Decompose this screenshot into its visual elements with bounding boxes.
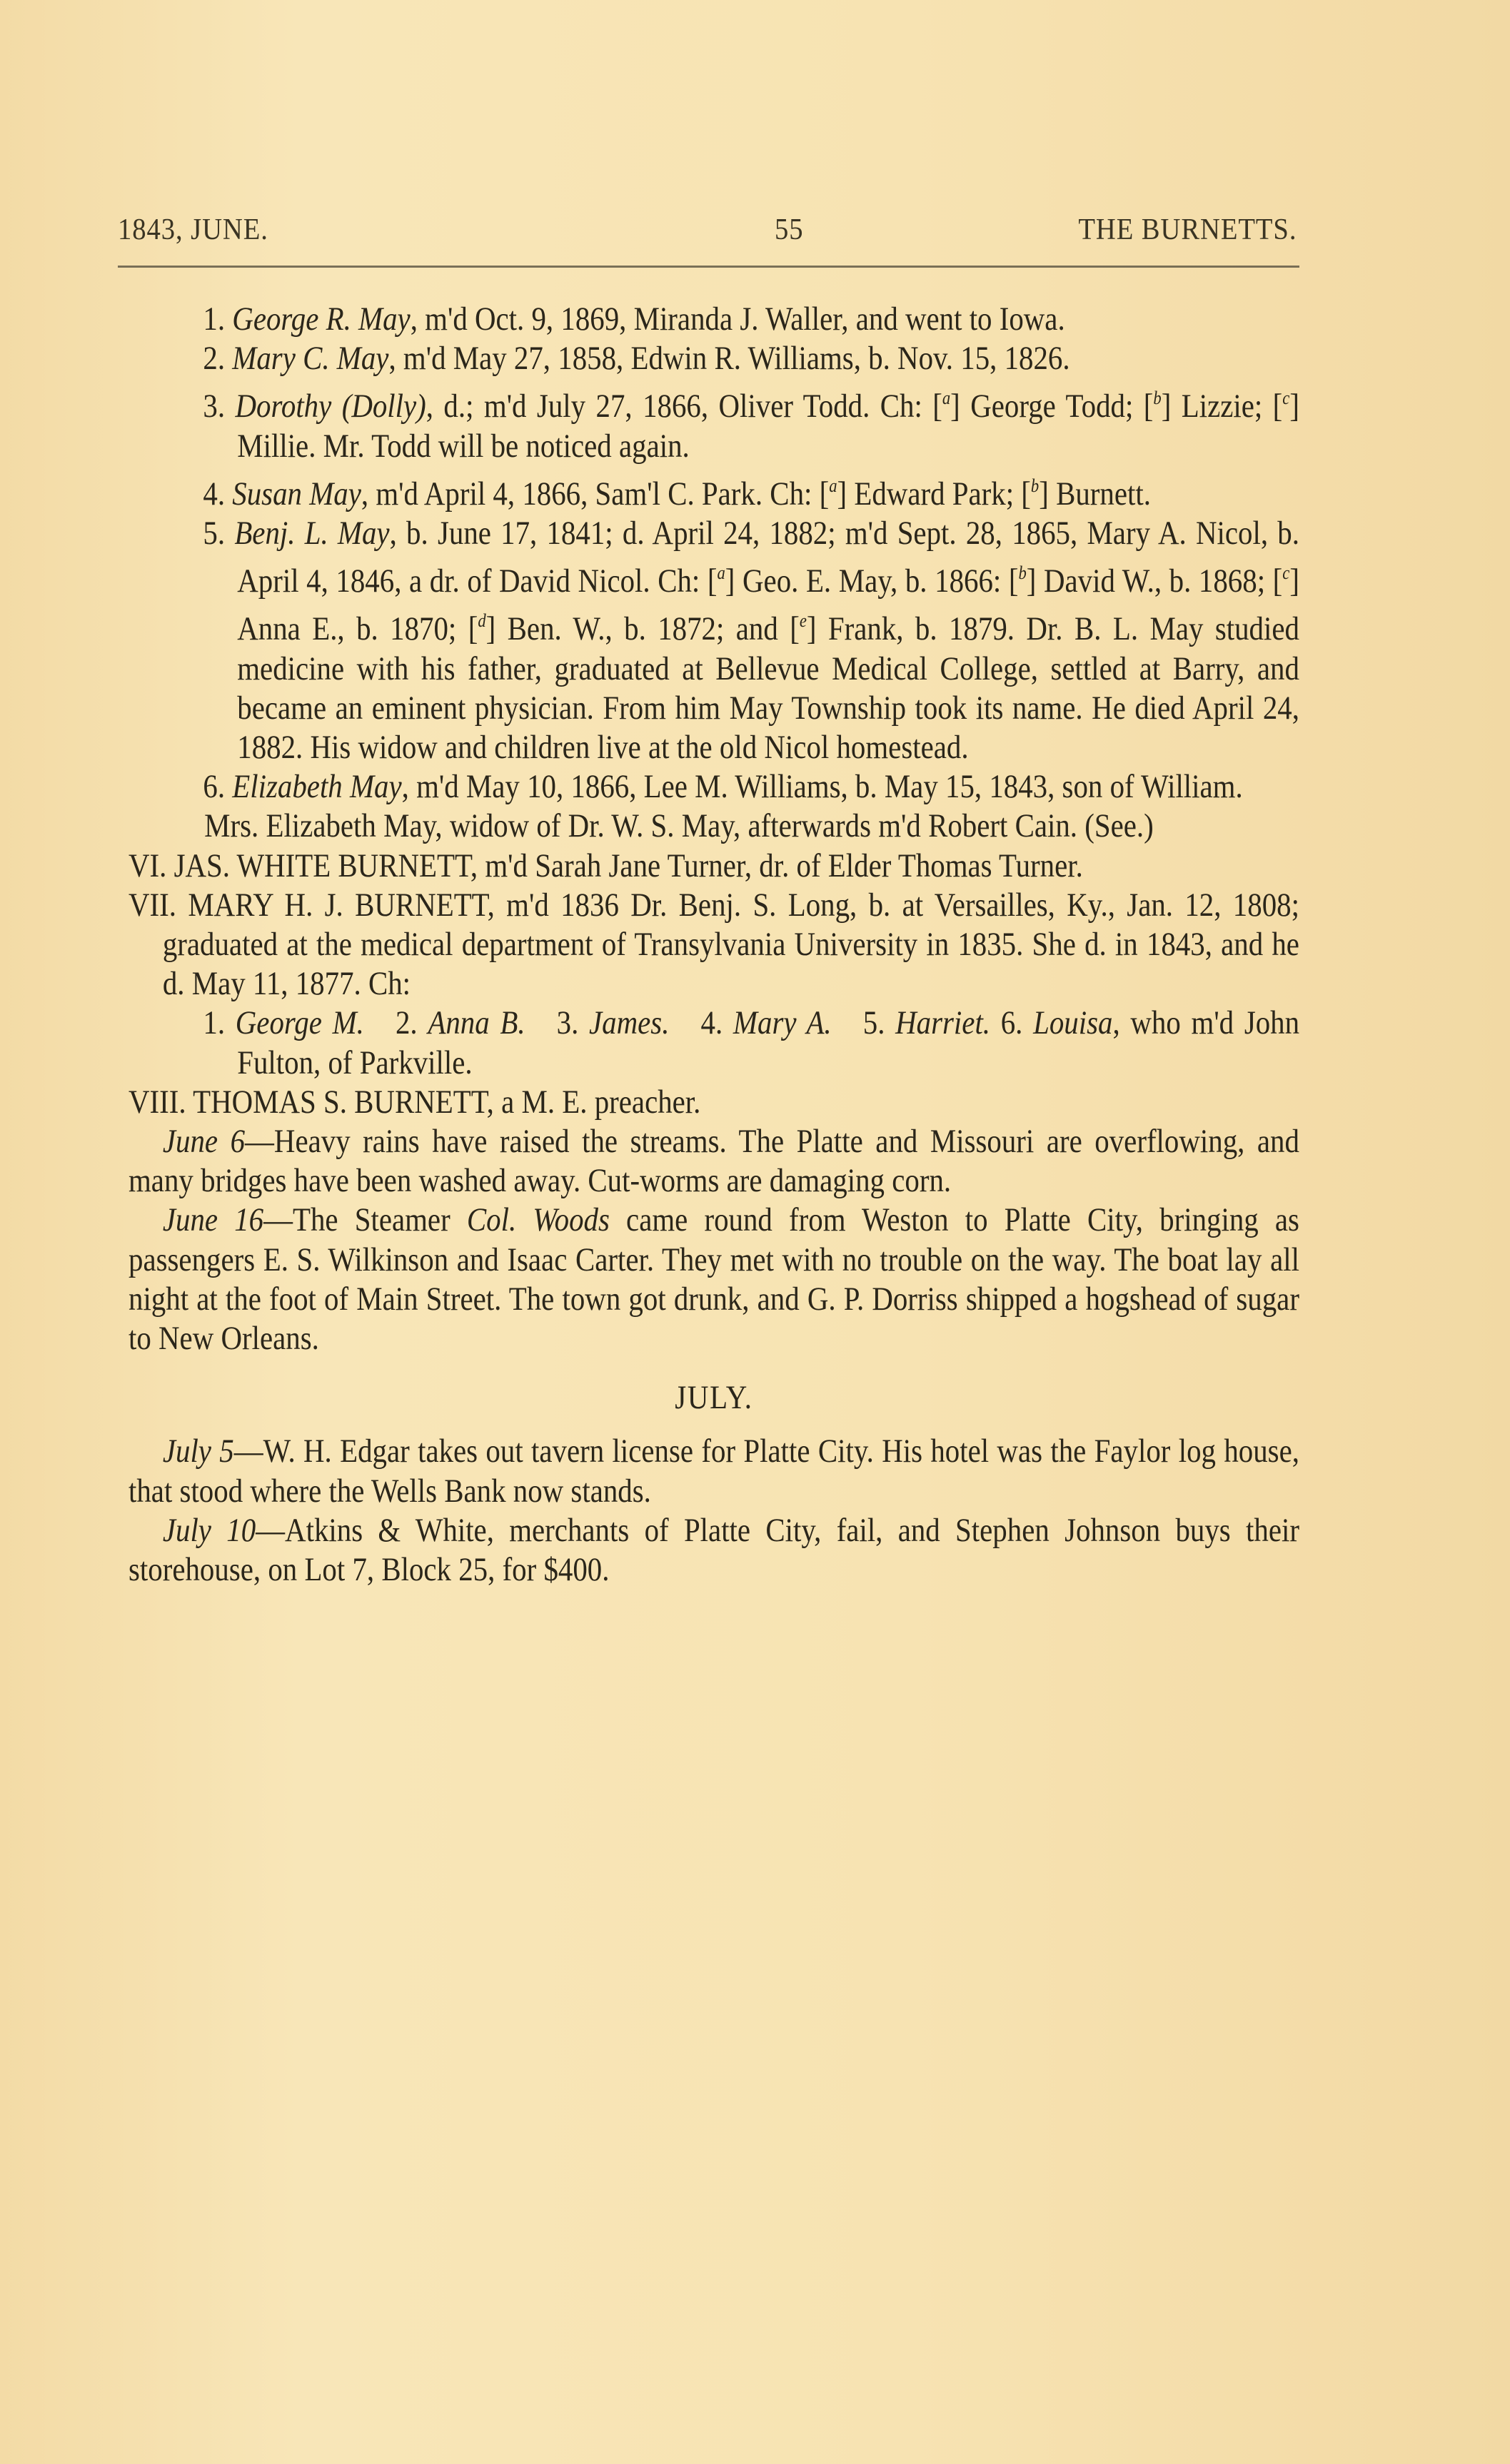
- entry-benj-l-may: 5. Benj. L. May, b. June 17, 1841; d. Ap…: [129, 514, 1299, 767]
- child-marker: c: [1282, 562, 1289, 583]
- steamer-name: Col. Woods: [467, 1201, 610, 1238]
- page-number: 55: [775, 213, 803, 247]
- person-name: George R. May: [232, 301, 410, 338]
- running-header: 1843, JUNE. 55 THE BURNETTS.: [118, 213, 1205, 256]
- event-june-6: June 6—Heavy rains have raised the strea…: [129, 1122, 1299, 1201]
- entry-mary-c-may: 2. Mary C. May, m'd May 27, 1858, Edwin …: [129, 339, 1299, 378]
- person-name: Benj. L. May: [234, 515, 389, 552]
- child-marker: c: [1282, 388, 1289, 408]
- event-date: July 5: [163, 1433, 234, 1470]
- section-heading-july: JULY.: [129, 1378, 1299, 1418]
- person-name: THOMAS S. BURNETT: [193, 1084, 487, 1121]
- person-name: Dorothy (Dolly): [236, 388, 426, 425]
- person-name: Mary C. May: [232, 340, 388, 377]
- event-july-10: July 10—Atkins & White, merchants of Pla…: [129, 1511, 1299, 1590]
- entry-george-r-may: 1. George R. May, m'd Oct. 9, 1869, Mira…: [129, 300, 1299, 339]
- header-title: THE BURNETTS.: [1078, 213, 1297, 247]
- entry-elizabeth-may: 6. Elizabeth May, m'd May 10, 1866, Lee …: [129, 767, 1299, 807]
- widow-note: Mrs. Elizabeth May, widow of Dr. W. S. M…: [129, 807, 1299, 846]
- child-marker: e: [800, 610, 807, 631]
- book-page: 1843, JUNE. 55 THE BURNETTS. 1. George R…: [0, 0, 1510, 2464]
- header-rule: [118, 266, 1299, 268]
- event-date: June 6: [163, 1123, 245, 1160]
- child-marker: b: [1153, 388, 1161, 408]
- event-date: July 10: [163, 1512, 256, 1549]
- event-date: June 16: [163, 1201, 263, 1238]
- child-name: James.: [589, 1004, 669, 1041]
- long-children-list: 1. George M. 2. Anna B. 3. James. 4. Mar…: [129, 1004, 1299, 1082]
- person-name: Elizabeth May: [232, 768, 401, 805]
- child-name: Mary A.: [733, 1004, 832, 1041]
- entry-thomas-s-burnett: VIII. THOMAS S. BURNETT, a M. E. preache…: [129, 1083, 1299, 1122]
- child-marker: a: [829, 475, 837, 496]
- entry-jas-white-burnett: VI. JAS. WHITE BURNETT, m'd Sarah Jane T…: [129, 847, 1299, 886]
- child-name: Anna B.: [428, 1004, 525, 1041]
- entry-dorothy: 3. Dorothy (Dolly), d.; m'd July 27, 186…: [129, 378, 1299, 465]
- child-marker: d: [478, 610, 485, 631]
- person-name: MARY H. J. BURNETT: [188, 887, 487, 924]
- entry-mary-h-j-burnett: VII. MARY H. J. BURNETT, m'd 1836 Dr. Be…: [129, 886, 1299, 1004]
- header-date: 1843, JUNE.: [118, 213, 268, 247]
- child-name: George M.: [236, 1004, 364, 1041]
- child-marker: b: [1018, 562, 1026, 583]
- event-june-16: June 16—The Steamer Col. Woods came roun…: [129, 1201, 1299, 1358]
- child-marker: a: [718, 562, 725, 583]
- child-marker: b: [1031, 475, 1039, 496]
- person-name: JAS. WHITE BURNETT: [174, 847, 470, 884]
- child-name: Louisa: [1033, 1004, 1112, 1041]
- child-marker: a: [942, 388, 950, 408]
- entry-susan-may: 4. Susan May, m'd April 4, 1866, Sam'l C…: [129, 466, 1299, 514]
- event-july-5: July 5—W. H. Edgar takes out tavern lice…: [129, 1432, 1299, 1510]
- person-name: Susan May: [232, 475, 361, 513]
- child-name: Harriet.: [895, 1004, 990, 1041]
- page-body: 1. George R. May, m'd Oct. 9, 1869, Mira…: [129, 300, 1299, 1590]
